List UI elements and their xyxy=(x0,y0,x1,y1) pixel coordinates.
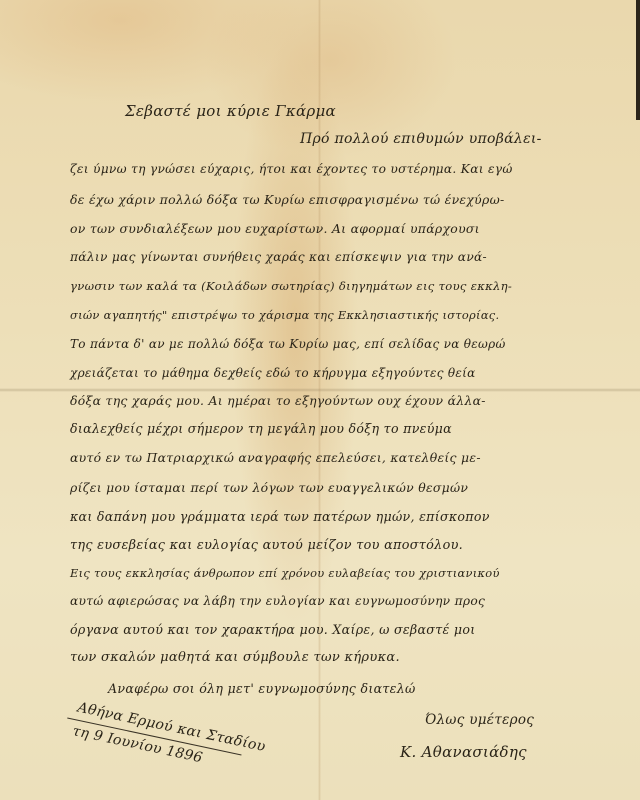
body-line: Πρό πολλού επιθυμών υποβάλει- xyxy=(300,131,542,147)
dateline: Αθήνα Ερμού και Σταδίου τη 9 Ιουνίου 189… xyxy=(72,696,248,733)
body-line: ρίζει μου ίσταμαι περί των λόγων των ευα… xyxy=(70,480,468,495)
body-line: σιών αγαπητής" επιστρέψω το χάρισμα της … xyxy=(70,308,499,322)
body-line: Το πάντα δ' αν με πολλώ δόξα τω Κυρίω μα… xyxy=(70,337,506,351)
body-line: ζει ύμνω τη γνώσει εύχαρις, ήτοι και έχο… xyxy=(70,162,513,176)
body-line: χρειάζεται το μάθημα δεχθείς εδώ το κήρυ… xyxy=(70,366,476,380)
signature: Κ. Αθανασιάδης xyxy=(400,743,527,761)
body-line: και δαπάνη μου γράμματα ιερά των πατέρων… xyxy=(70,509,490,524)
body-line: της ευσεβείας και ευλογίας αυτού μείζον … xyxy=(70,538,463,553)
body-line: διαλεχθείς μέχρι σήμερον τη μεγάλη μου δ… xyxy=(70,421,452,436)
signoff: Όλως υμέτερος xyxy=(425,712,534,728)
body-line: δόξα της χαράς μου. Αι ημέραι το εξηγούν… xyxy=(70,393,486,408)
body-line: όργανα αυτού και τον χαρακτήρα μου. Χαίρ… xyxy=(70,622,475,637)
body-line: αυτώ αφιερώσας να λάβη την ευλογίαν και … xyxy=(70,594,485,608)
body-line: δε έχω χάριν πολλώ δόξα τω Κυρίω επισφρα… xyxy=(70,192,505,207)
salutation: Σεβαστέ μοι κύριε Γκάρμα xyxy=(125,102,336,120)
body-line: γνωσιν των καλά τα (Κοιλάδων σωτηρίας) δ… xyxy=(70,279,512,293)
closing-line: Αναφέρω σοι όλη μετ' ευγνωμοσύνης διατελ… xyxy=(108,681,416,696)
body-line: αυτό εν τω Πατριαρχικώ αναγραφής επελεύσ… xyxy=(70,450,481,465)
body-line: Εις τους εκκλησίας άνθρωπον επί χρόνου ε… xyxy=(70,566,500,580)
letter-sheet: Σεβαστέ μοι κύριε Γκάρμα Πρό πολλού επιθ… xyxy=(0,0,640,800)
body-line: ον των συνδιαλέξεων μου ευχαρίστων. Αι α… xyxy=(70,221,480,236)
body-line: πάλιν μας γίνωνται συνήθεις χαράς και επ… xyxy=(70,250,487,264)
paper-edge-shadow xyxy=(636,0,640,120)
body-line: των σκαλών μαθητά και σύμβουλε των κήρυκ… xyxy=(70,650,400,665)
